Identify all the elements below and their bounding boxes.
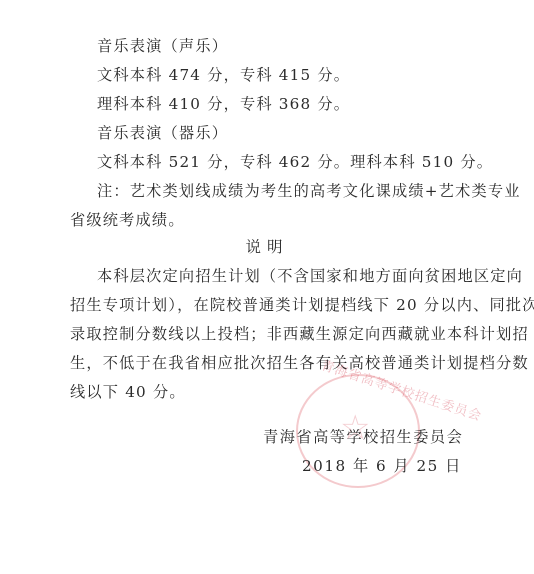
explanation-title: 说明: [0, 238, 534, 256]
explanation-line-2: 招生专项计划），在院校普通类计划提档线下 20 分以内、同批次: [70, 296, 534, 314]
note-line-2: 省级统考成绩。: [70, 211, 185, 229]
explanation-line-1: 本科层次定向招生计划（不含国家和地方面向贫困地区定向: [97, 267, 523, 285]
explanation-line-5: 线以下 40 分。: [70, 383, 186, 401]
explanation-line-3: 录取控制分数线以上投档；非西藏生源定向西藏就业本科计划招: [70, 325, 529, 343]
signature-date: 2018 年 6 月 25 日: [302, 455, 462, 476]
score-line-science-vocal: 理科本科 410 分，专科 368 分。: [97, 95, 350, 113]
subheading-instrumental: 音乐表演（器乐）: [97, 124, 228, 142]
subheading-vocal: 音乐表演（声乐）: [97, 37, 228, 55]
note-line-1: 注：艺术类划线成绩为考生的高考文化课成绩+艺术类专业: [97, 182, 521, 200]
explanation-line-4: 生，不低于在我省相应批次招生各有关高校普通类计划提档分数: [70, 354, 529, 372]
signature-organization: 青海省高等学校招生委员会: [263, 426, 463, 447]
score-line-arts-vocal: 文科本科 474 分，专科 415 分。: [97, 66, 350, 84]
score-line-instrumental: 文科本科 521 分，专科 462 分。理科本科 510 分。: [97, 153, 493, 171]
